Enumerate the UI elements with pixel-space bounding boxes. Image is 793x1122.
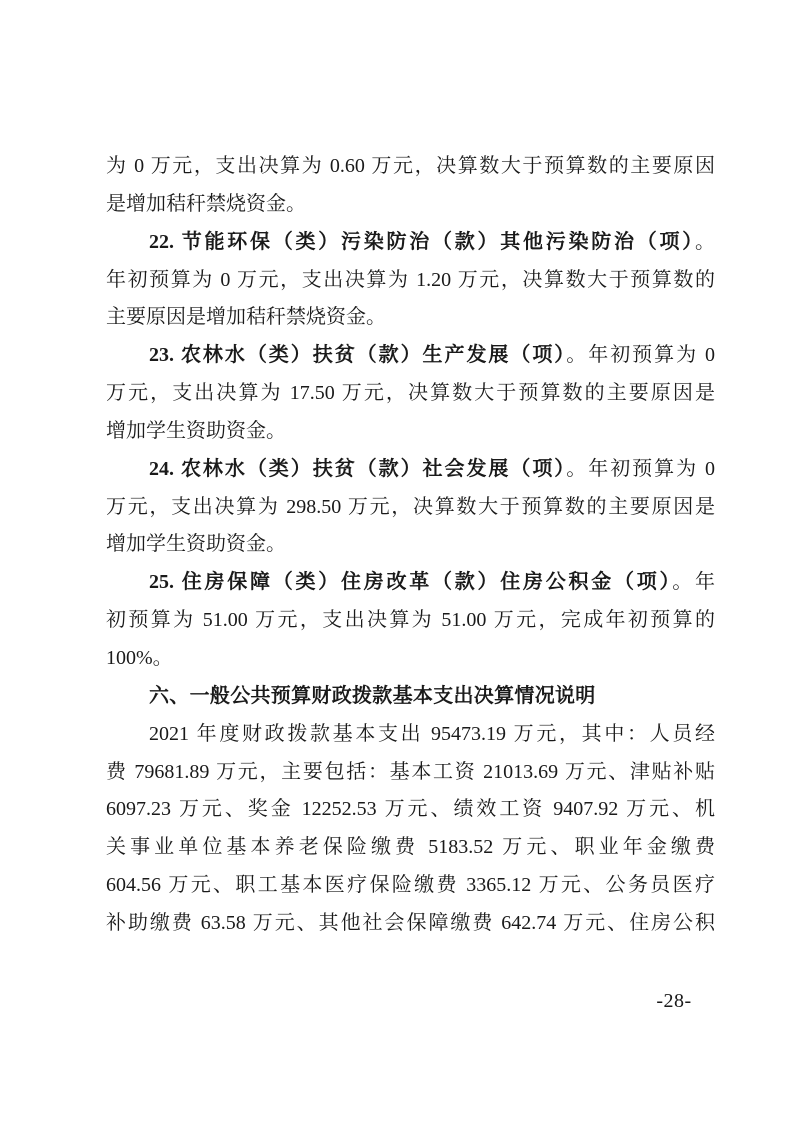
body-text: 万元，支出决算为 17.50 万元，决算数大于预算数的主要原因是 — [106, 382, 715, 404]
body-line: 为 0 万元，支出决算为 0.60 万元，决算数大于预算数的主要原因 — [106, 148, 715, 186]
body-line: 是增加秸秆禁烧资金。 — [106, 186, 715, 224]
item-heading-text: 25. 住房保障（类）住房改革（款）住房公积金（项） — [149, 571, 672, 593]
body-text: 关事业单位基本养老保险缴费 5183.52 万元、职业年金缴费 — [106, 836, 715, 858]
body-line: 6097.23 万元、奖金 12252.53 万元、绩效工资 9407.92 万… — [106, 791, 715, 829]
body-line: 关事业单位基本养老保险缴费 5183.52 万元、职业年金缴费 — [106, 829, 715, 867]
body-line: 年初预算为 0 万元，支出决算为 1.20 万元，决算数大于预算数的 — [106, 262, 715, 300]
body-line: 补助缴费 63.58 万元、其他社会保障缴费 642.74 万元、住房公积 — [106, 905, 715, 943]
page-number: -28- — [651, 986, 697, 1016]
body-text: 补助缴费 63.58 万元、其他社会保障缴费 642.74 万元、住房公积 — [106, 912, 715, 934]
item-24-heading-line: 24. 农林水（类）扶贫（款）社会发展（项）。年初预算为 0 — [106, 451, 715, 489]
body-text: 6097.23 万元、奖金 12252.53 万元、绩效工资 9407.92 万… — [106, 798, 715, 820]
body-text: 。年 — [672, 571, 715, 593]
section-heading-text: 六、一般公共预算财政拨款基本支出决算情况说明 — [149, 685, 596, 707]
body-text: 万元，支出决算为 298.50 万元，决算数大于预算数的主要原因是 — [106, 496, 715, 518]
body-text: 。 — [695, 231, 715, 253]
document-page: 为 0 万元，支出决算为 0.60 万元，决算数大于预算数的主要原因 是增加秸秆… — [0, 0, 793, 1122]
body-line: 费 79681.89 万元，主要包括：基本工资 21013.69 万元、津贴补贴 — [106, 754, 715, 792]
body-line: 增加学生资助资金。 — [106, 413, 715, 451]
body-line: 2021 年度财政拨款基本支出 95473.19 万元，其中：人员经 — [106, 716, 715, 754]
item-23-heading-line: 23. 农林水（类）扶贫（款）生产发展（项）。年初预算为 0 — [106, 337, 715, 375]
item-25-heading-line: 25. 住房保障（类）住房改革（款）住房公积金（项）。年 — [106, 564, 715, 602]
body-text: 年初预算为 0 万元，支出决算为 1.20 万元，决算数大于预算数的 — [106, 269, 715, 291]
body-text: 是增加秸秆禁烧资金。 — [106, 193, 306, 215]
body-text: 增加学生资助资金。 — [106, 420, 286, 442]
body-text: 100%。 — [106, 647, 173, 669]
body-line: 604.56 万元、职工基本医疗保险缴费 3365.12 万元、公务员医疗 — [106, 867, 715, 905]
body-line: 增加学生资助资金。 — [106, 526, 715, 564]
body-text: 主要原因是增加秸秆禁烧资金。 — [106, 306, 386, 328]
item-heading-text: 23. 农林水（类）扶贫（款）生产发展（项） — [149, 344, 566, 366]
item-heading-text: 24. 农林水（类）扶贫（款）社会发展（项） — [149, 458, 566, 480]
body-text: 初预算为 51.00 万元，支出决算为 51.00 万元，完成年初预算的 — [106, 609, 715, 631]
item-22-heading-line: 22. 节能环保（类）污染防治（款）其他污染防治（项）。 — [106, 224, 715, 262]
item-heading-text: 22. 节能环保（类）污染防治（款）其他污染防治（项） — [149, 231, 695, 253]
body-text: 。年初预算为 0 — [566, 458, 715, 480]
body-text: 增加学生资助资金。 — [106, 533, 286, 555]
section-6-heading-line: 六、一般公共预算财政拨款基本支出决算情况说明 — [106, 678, 715, 716]
document-body: 为 0 万元，支出决算为 0.60 万元，决算数大于预算数的主要原因 是增加秸秆… — [106, 148, 715, 943]
body-line: 万元，支出决算为 17.50 万元，决算数大于预算数的主要原因是 — [106, 375, 715, 413]
body-line: 100%。 — [106, 640, 715, 678]
body-text: 。年初预算为 0 — [566, 344, 715, 366]
body-text: 604.56 万元、职工基本医疗保险缴费 3365.12 万元、公务员医疗 — [106, 874, 715, 896]
body-text: 费 79681.89 万元，主要包括：基本工资 21013.69 万元、津贴补贴 — [106, 761, 715, 783]
body-line: 万元，支出决算为 298.50 万元，决算数大于预算数的主要原因是 — [106, 489, 715, 527]
body-line: 主要原因是增加秸秆禁烧资金。 — [106, 299, 715, 337]
body-line: 初预算为 51.00 万元，支出决算为 51.00 万元，完成年初预算的 — [106, 602, 715, 640]
body-text: 为 0 万元，支出决算为 0.60 万元，决算数大于预算数的主要原因 — [106, 155, 715, 177]
body-text: 2021 年度财政拨款基本支出 95473.19 万元，其中：人员经 — [149, 723, 715, 745]
